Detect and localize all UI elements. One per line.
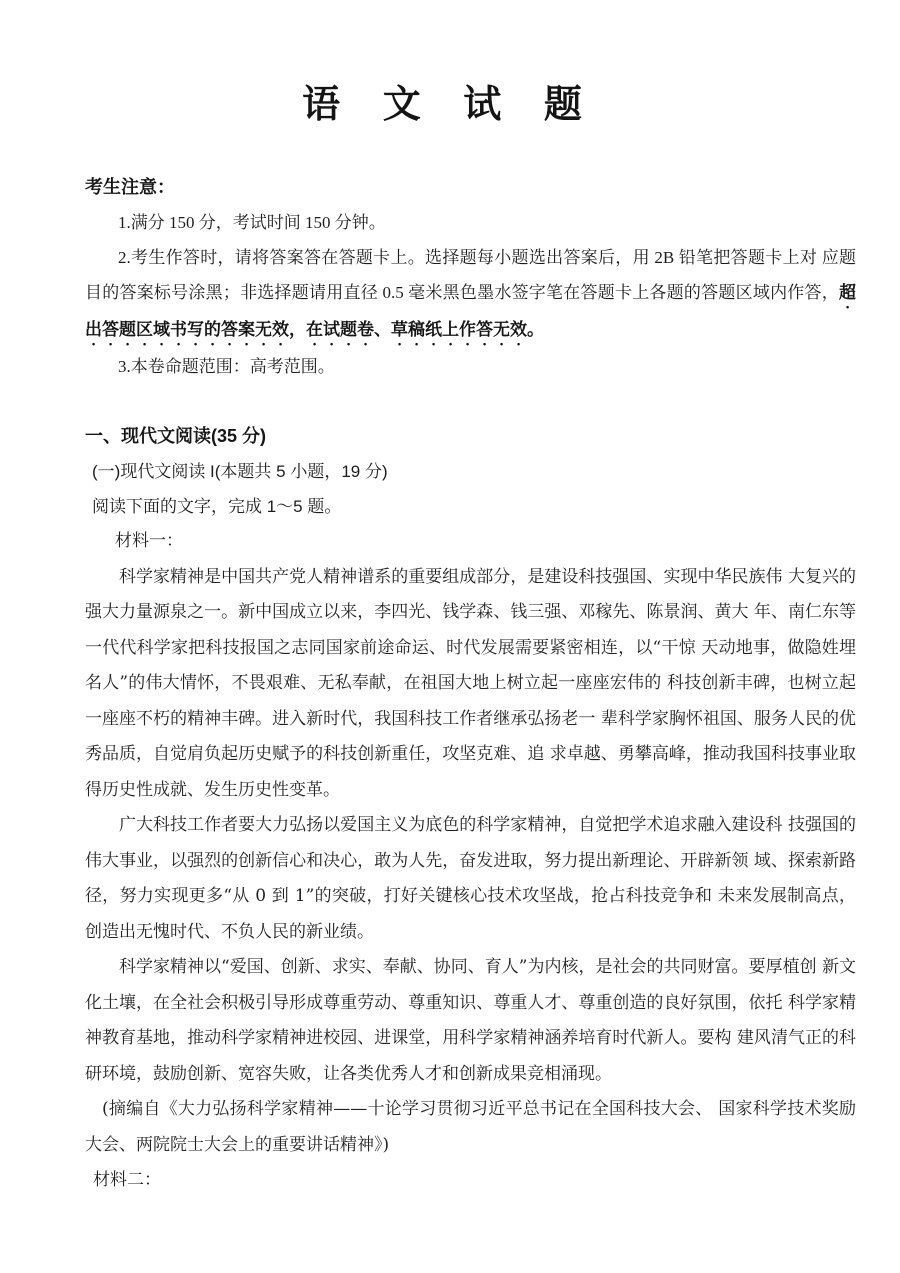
- page-content: 考生注意： 1.满分 150 分，考试时间 150 分钟。 2.考生作答时，请将…: [85, 170, 856, 1199]
- notice-heading: 考生注意：: [85, 170, 856, 205]
- notice-item-2: 2.考生作答时，请将答案答在答题卡上。选择题每小题选出答案后，用 2B 铅笔把答…: [85, 240, 856, 349]
- notice-item-1: 1.满分 150 分，考试时间 150 分钟。: [85, 205, 856, 240]
- notice-item-3: 3.本卷命题范围：高考范围。: [85, 349, 856, 384]
- passage-paragraph-1: 科学家精神是中国共产党人精神谱系的重要组成部分，是建设科技强国、实现中华民族伟 …: [85, 560, 856, 809]
- material-two-label: 材料二：: [85, 1163, 856, 1199]
- passage-attribution: (摘编自《大力弘扬科学家精神——十论学习贯彻习近平总书记在全国科技大会、 国家科…: [85, 1092, 856, 1163]
- passage-paragraph-2: 广大科技工作者要大力弘扬以爱国主义为底色的科学家精神，自觉把学术追求融入建设科 …: [85, 808, 856, 950]
- exam-paper-page: 语 文 试 题 考生注意： 1.满分 150 分，考试时间 150 分钟。 2.…: [0, 0, 900, 1273]
- exam-title: 语 文 试 题: [0, 0, 900, 124]
- passage-paragraph-3: 科学家精神以“爱国、创新、求实、奉献、协同、育人”为内核，是社会的共同财富。要厚…: [85, 950, 856, 1092]
- reading-passage: 材料一： 科学家精神是中国共产党人精神谱系的重要组成部分，是建设科技强国、实现中…: [85, 524, 856, 1199]
- material-one-label: 材料一：: [85, 524, 856, 560]
- section-subheading: (一)现代文阅读 I(本题共 5 小题，19 分): [85, 454, 856, 489]
- notice-item-2-text: 2.考生作答时，请将答案答在答题卡上。选择题每小题选出答案后，用 2B 铅笔把答…: [85, 248, 856, 302]
- section-heading: 一、现代文阅读(35 分): [85, 419, 856, 454]
- reading-instruction: 阅读下面的文字，完成 1～5 题。: [85, 489, 856, 524]
